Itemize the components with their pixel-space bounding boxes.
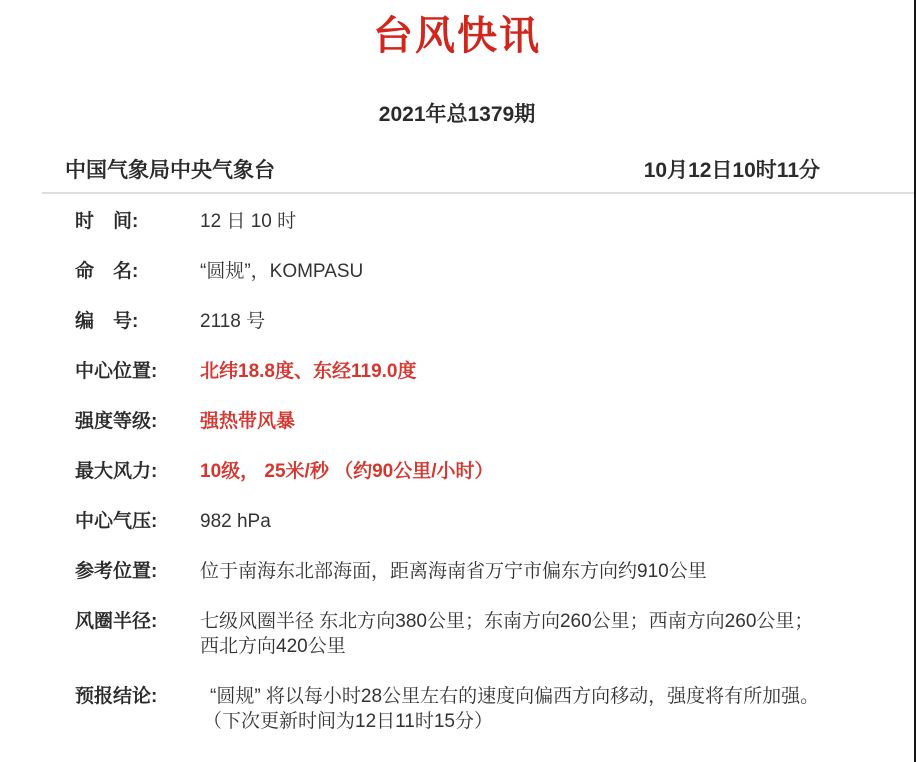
field-value: 2118 号 <box>200 309 820 334</box>
field-row-forecast: 预报结论: “圆规” 将以每小时28公里左右的速度向偏西方向移动，强度将有所加强… <box>75 684 820 734</box>
field-label: 中心气压: <box>75 509 200 534</box>
field-value: 七级风圈半径 东北方向380公里；东南方向260公里；西南方向260公里；西北方… <box>200 609 820 659</box>
field-label: 命 名: <box>75 259 200 284</box>
field-label: 预报结论: <box>75 684 200 709</box>
field-row-central-pressure: 中心气压: 982 hPa <box>75 509 820 534</box>
field-value: “圆规” 将以每小时28公里左右的速度向偏西方向移动，强度将有所加强。 （下次更… <box>200 684 820 734</box>
report-datetime: 10月12日10时11分 <box>644 158 820 184</box>
field-value: 982 hPa <box>200 509 820 534</box>
field-value: 强热带风暴 <box>200 409 820 434</box>
field-label: 时 间: <box>75 209 200 234</box>
field-value: 12 日 10 时 <box>200 209 820 234</box>
field-value: “圆规”，KOMPASU <box>200 259 820 284</box>
field-row-wind-circle-radius: 风圈半径: 七级风圈半径 东北方向380公里；东南方向260公里；西南方向260… <box>75 609 820 659</box>
field-label: 中心位置: <box>75 359 200 384</box>
field-row-intensity: 强度等级: 强热带风暴 <box>75 409 820 434</box>
field-row-time: 时 间: 12 日 10 时 <box>75 209 820 234</box>
field-label: 参考位置: <box>75 559 200 584</box>
agency-name: 中国气象局中央气象台 <box>65 158 275 184</box>
field-row-number: 编 号: 2118 号 <box>75 309 820 334</box>
bulletin-body: 时 间: 12 日 10 时 命 名: “圆规”，KOMPASU 编 号: 21… <box>0 194 914 734</box>
field-label: 强度等级: <box>75 409 200 434</box>
field-value: 北纬18.8度、东经119.0度 <box>200 359 820 384</box>
field-row-max-wind: 最大风力: 10级， 25米/秒 （约90公里/小时） <box>75 459 820 484</box>
forecast-text: “圆规” 将以每小时28公里左右的速度向偏西方向移动，强度将有所加强。 <box>210 686 819 707</box>
field-value: 10级， 25米/秒 （约90公里/小时） <box>200 459 820 484</box>
page-title: 台风快讯 <box>0 0 914 62</box>
typhoon-bulletin: 台风快讯 2021年总1379期 中国气象局中央气象台 10月12日10时11分… <box>0 0 916 762</box>
field-row-name: 命 名: “圆规”，KOMPASU <box>75 259 820 284</box>
field-value: 位于南海东北部海面，距离海南省万宁市偏东方向约910公里 <box>200 559 820 584</box>
field-row-center-position: 中心位置: 北纬18.8度、东经119.0度 <box>75 359 820 384</box>
field-label: 最大风力: <box>75 459 200 484</box>
field-row-reference-position: 参考位置: 位于南海东北部海面，距离海南省万宁市偏东方向约910公里 <box>75 559 820 584</box>
field-label: 编 号: <box>75 309 200 334</box>
meta-row: 中国气象局中央气象台 10月12日10时11分 <box>0 158 914 184</box>
field-label: 风圈半径: <box>75 609 200 634</box>
issue-number: 2021年总1379期 <box>0 102 914 128</box>
forecast-note: （下次更新时间为12日11时15分） <box>200 709 820 734</box>
